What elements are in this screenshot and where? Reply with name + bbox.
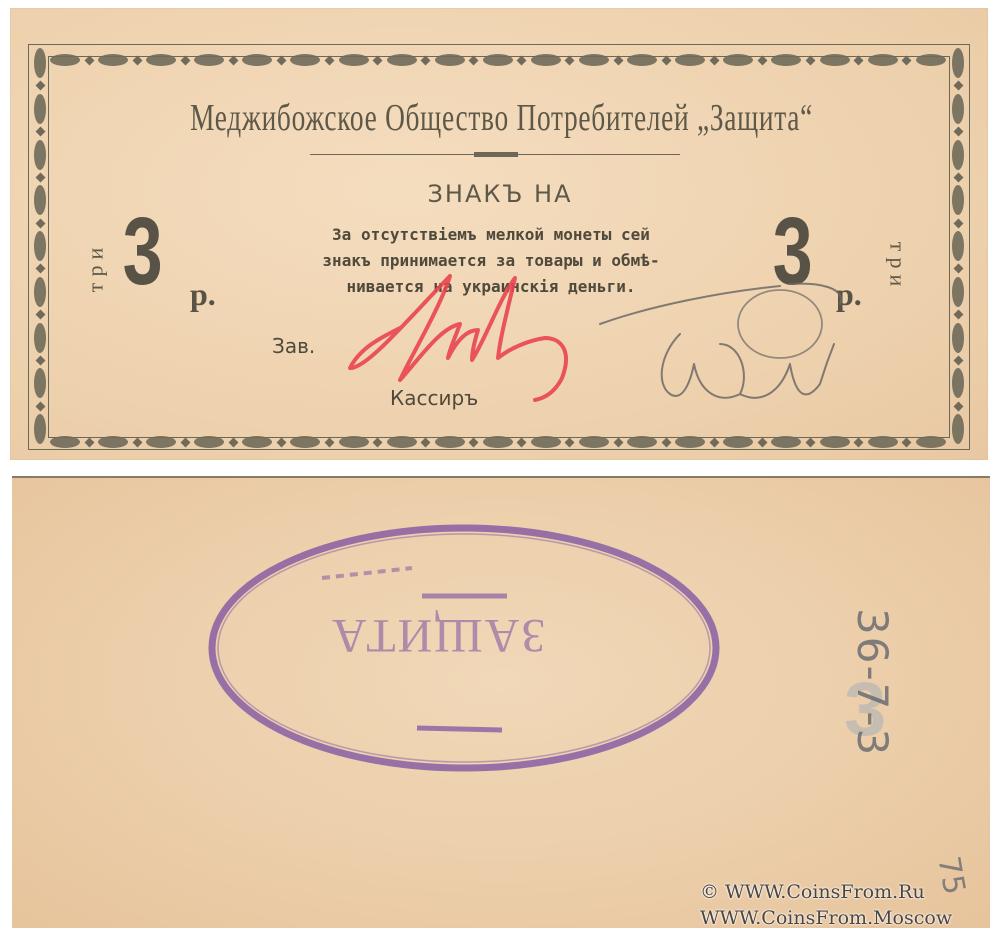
- ornament-diamond: [373, 437, 383, 447]
- manager-label: Зав.: [272, 334, 315, 358]
- ornament-diamond: [180, 437, 190, 447]
- ornament-bead: [771, 436, 801, 448]
- ornament-diamond: [661, 437, 671, 447]
- ornament-bead: [627, 54, 657, 66]
- ornament-bead: [98, 54, 128, 66]
- ornament-diamond: [180, 55, 190, 65]
- ornament-bead: [952, 414, 964, 444]
- ornament-diamond: [565, 55, 575, 65]
- ornament-diamond: [325, 437, 335, 447]
- ornament-diamond: [35, 401, 45, 411]
- ornament-bead: [435, 436, 465, 448]
- ornament-bead: [771, 54, 801, 66]
- ornament-diamond: [953, 81, 963, 91]
- ornament-diamond: [854, 437, 864, 447]
- ornament-diamond: [373, 55, 383, 65]
- ornament-diamond: [661, 55, 671, 65]
- ornament-bead: [579, 54, 609, 66]
- denomination-unit-left: р.: [190, 276, 216, 313]
- ornament-diamond: [902, 55, 912, 65]
- ornament-diamond: [613, 55, 623, 65]
- ornament-diamond: [35, 218, 45, 228]
- ornament-bead: [34, 231, 46, 261]
- ornament-diamond: [953, 401, 963, 411]
- ornament-diamond: [565, 437, 575, 447]
- ornament-bead: [34, 140, 46, 170]
- ornament-bead: [675, 436, 705, 448]
- ornament-diamond: [757, 437, 767, 447]
- ornament-bead: [952, 277, 964, 307]
- ornament-bead: [34, 368, 46, 398]
- ornament-diamond: [325, 55, 335, 65]
- ornament-diamond: [854, 55, 864, 65]
- denomination-word-left: три: [82, 242, 108, 293]
- note-heading: ЗНАКЪ НА: [390, 180, 610, 208]
- ornament-border-top: [50, 52, 946, 68]
- ornament-diamond: [421, 55, 431, 65]
- ornament-bead: [952, 94, 964, 124]
- ornament-diamond: [228, 55, 238, 65]
- denomination-unit-right: р.: [836, 276, 862, 313]
- ornament-bead: [952, 185, 964, 215]
- banknote-back: ЗАЩИТА 3 36-7-3 75: [12, 476, 990, 928]
- ornament-bead: [194, 54, 224, 66]
- ornament-bead: [868, 436, 898, 448]
- ornament-diamond: [953, 355, 963, 365]
- ornament-bead: [34, 277, 46, 307]
- ornament-bead: [531, 436, 561, 448]
- ornament-bead: [952, 140, 964, 170]
- ornament-diamond: [953, 127, 963, 137]
- ornament-bead: [194, 436, 224, 448]
- ornament-diamond: [35, 172, 45, 182]
- ornament-diamond: [84, 55, 94, 65]
- ornament-diamond: [132, 55, 142, 65]
- ornament-diamond: [757, 55, 767, 65]
- denomination-numeral-right: 3: [773, 204, 813, 300]
- ornament-diamond: [35, 310, 45, 320]
- ornament-bead: [820, 436, 850, 448]
- title-divider-center: [474, 152, 518, 157]
- ornament-bead: [675, 54, 705, 66]
- ornament-diamond: [709, 437, 719, 447]
- ornament-diamond: [228, 437, 238, 447]
- denomination-word-right: три: [884, 242, 910, 293]
- ornament-diamond: [613, 437, 623, 447]
- watermark-line-1: © WWW.CoinsFrom.Ru: [700, 881, 925, 903]
- ornament-bead: [34, 48, 46, 78]
- ornament-bead: [290, 54, 320, 66]
- ornament-bead: [916, 436, 946, 448]
- ornament-bead: [50, 436, 80, 448]
- ornament-diamond: [469, 437, 479, 447]
- cashier-label: Кассиръ: [390, 386, 478, 410]
- ornament-bead: [34, 94, 46, 124]
- ornament-diamond: [953, 264, 963, 274]
- ornament-diamond: [953, 310, 963, 320]
- ornament-bead: [820, 54, 850, 66]
- ornament-bead: [98, 436, 128, 448]
- ornament-bead: [483, 436, 513, 448]
- ornament-border-right: [950, 48, 966, 444]
- stamp-text: ЗАЩИТА: [330, 608, 545, 663]
- note-body-text: За отсутствіемъ мелкой монеты сей знакъ …: [246, 222, 736, 300]
- ornament-bead: [952, 231, 964, 261]
- ornament-diamond: [35, 127, 45, 137]
- pencil-annotation-2: 75: [931, 854, 972, 898]
- ornament-bead: [50, 54, 80, 66]
- ornament-bead: [579, 436, 609, 448]
- ornament-bead: [34, 323, 46, 353]
- watermark-line-2: WWW.CoinsFrom.Moscow: [700, 907, 952, 929]
- ornament-bead: [290, 436, 320, 448]
- ornament-bead: [387, 54, 417, 66]
- ornament-border-bottom: [50, 434, 946, 450]
- ornament-diamond: [709, 55, 719, 65]
- ornament-bead: [531, 54, 561, 66]
- body-line: нивается на украинскія деньги.: [246, 274, 736, 300]
- denomination-numeral-left: 3: [123, 204, 163, 300]
- ornament-bead: [627, 436, 657, 448]
- ornament-bead: [146, 436, 176, 448]
- ornament-diamond: [35, 81, 45, 91]
- ornament-bead: [34, 414, 46, 444]
- ornament-diamond: [517, 437, 527, 447]
- ornament-diamond: [35, 264, 45, 274]
- ornament-bead: [483, 54, 513, 66]
- ornament-bead: [242, 54, 272, 66]
- ornament-diamond: [902, 437, 912, 447]
- ornament-bead: [435, 54, 465, 66]
- ornament-bead: [723, 436, 753, 448]
- ornament-bead: [339, 436, 369, 448]
- ornament-diamond: [84, 437, 94, 447]
- ornament-bead: [242, 436, 272, 448]
- ornament-bead: [146, 54, 176, 66]
- ornament-diamond: [421, 437, 431, 447]
- ornament-diamond: [953, 172, 963, 182]
- body-line: знакъ принимается за товары и обмѣ-: [246, 248, 736, 274]
- ornament-border-left: [32, 48, 48, 444]
- ornament-bead: [952, 323, 964, 353]
- ornament-diamond: [469, 55, 479, 65]
- ornament-bead: [723, 54, 753, 66]
- issuer-title: Меджибожское Общество Потребителей „Защи…: [190, 96, 808, 140]
- banknote-front: Меджибожское Общество Потребителей „Защи…: [10, 8, 988, 460]
- ornament-diamond: [806, 437, 816, 447]
- ornament-diamond: [276, 55, 286, 65]
- ornament-diamond: [517, 55, 527, 65]
- ornament-diamond: [806, 55, 816, 65]
- ornament-bead: [916, 54, 946, 66]
- ornament-bead: [868, 54, 898, 66]
- ornament-bead: [34, 185, 46, 215]
- ornament-diamond: [132, 437, 142, 447]
- ornament-bead: [952, 368, 964, 398]
- body-line: За отсутствіемъ мелкой монеты сей: [246, 222, 736, 248]
- ornament-bead: [387, 436, 417, 448]
- pencil-annotation: 36-7-3: [848, 608, 897, 757]
- ornament-diamond: [276, 437, 286, 447]
- ornament-diamond: [953, 218, 963, 228]
- ornament-bead: [952, 48, 964, 78]
- ornament-bead: [339, 54, 369, 66]
- ornament-diamond: [35, 355, 45, 365]
